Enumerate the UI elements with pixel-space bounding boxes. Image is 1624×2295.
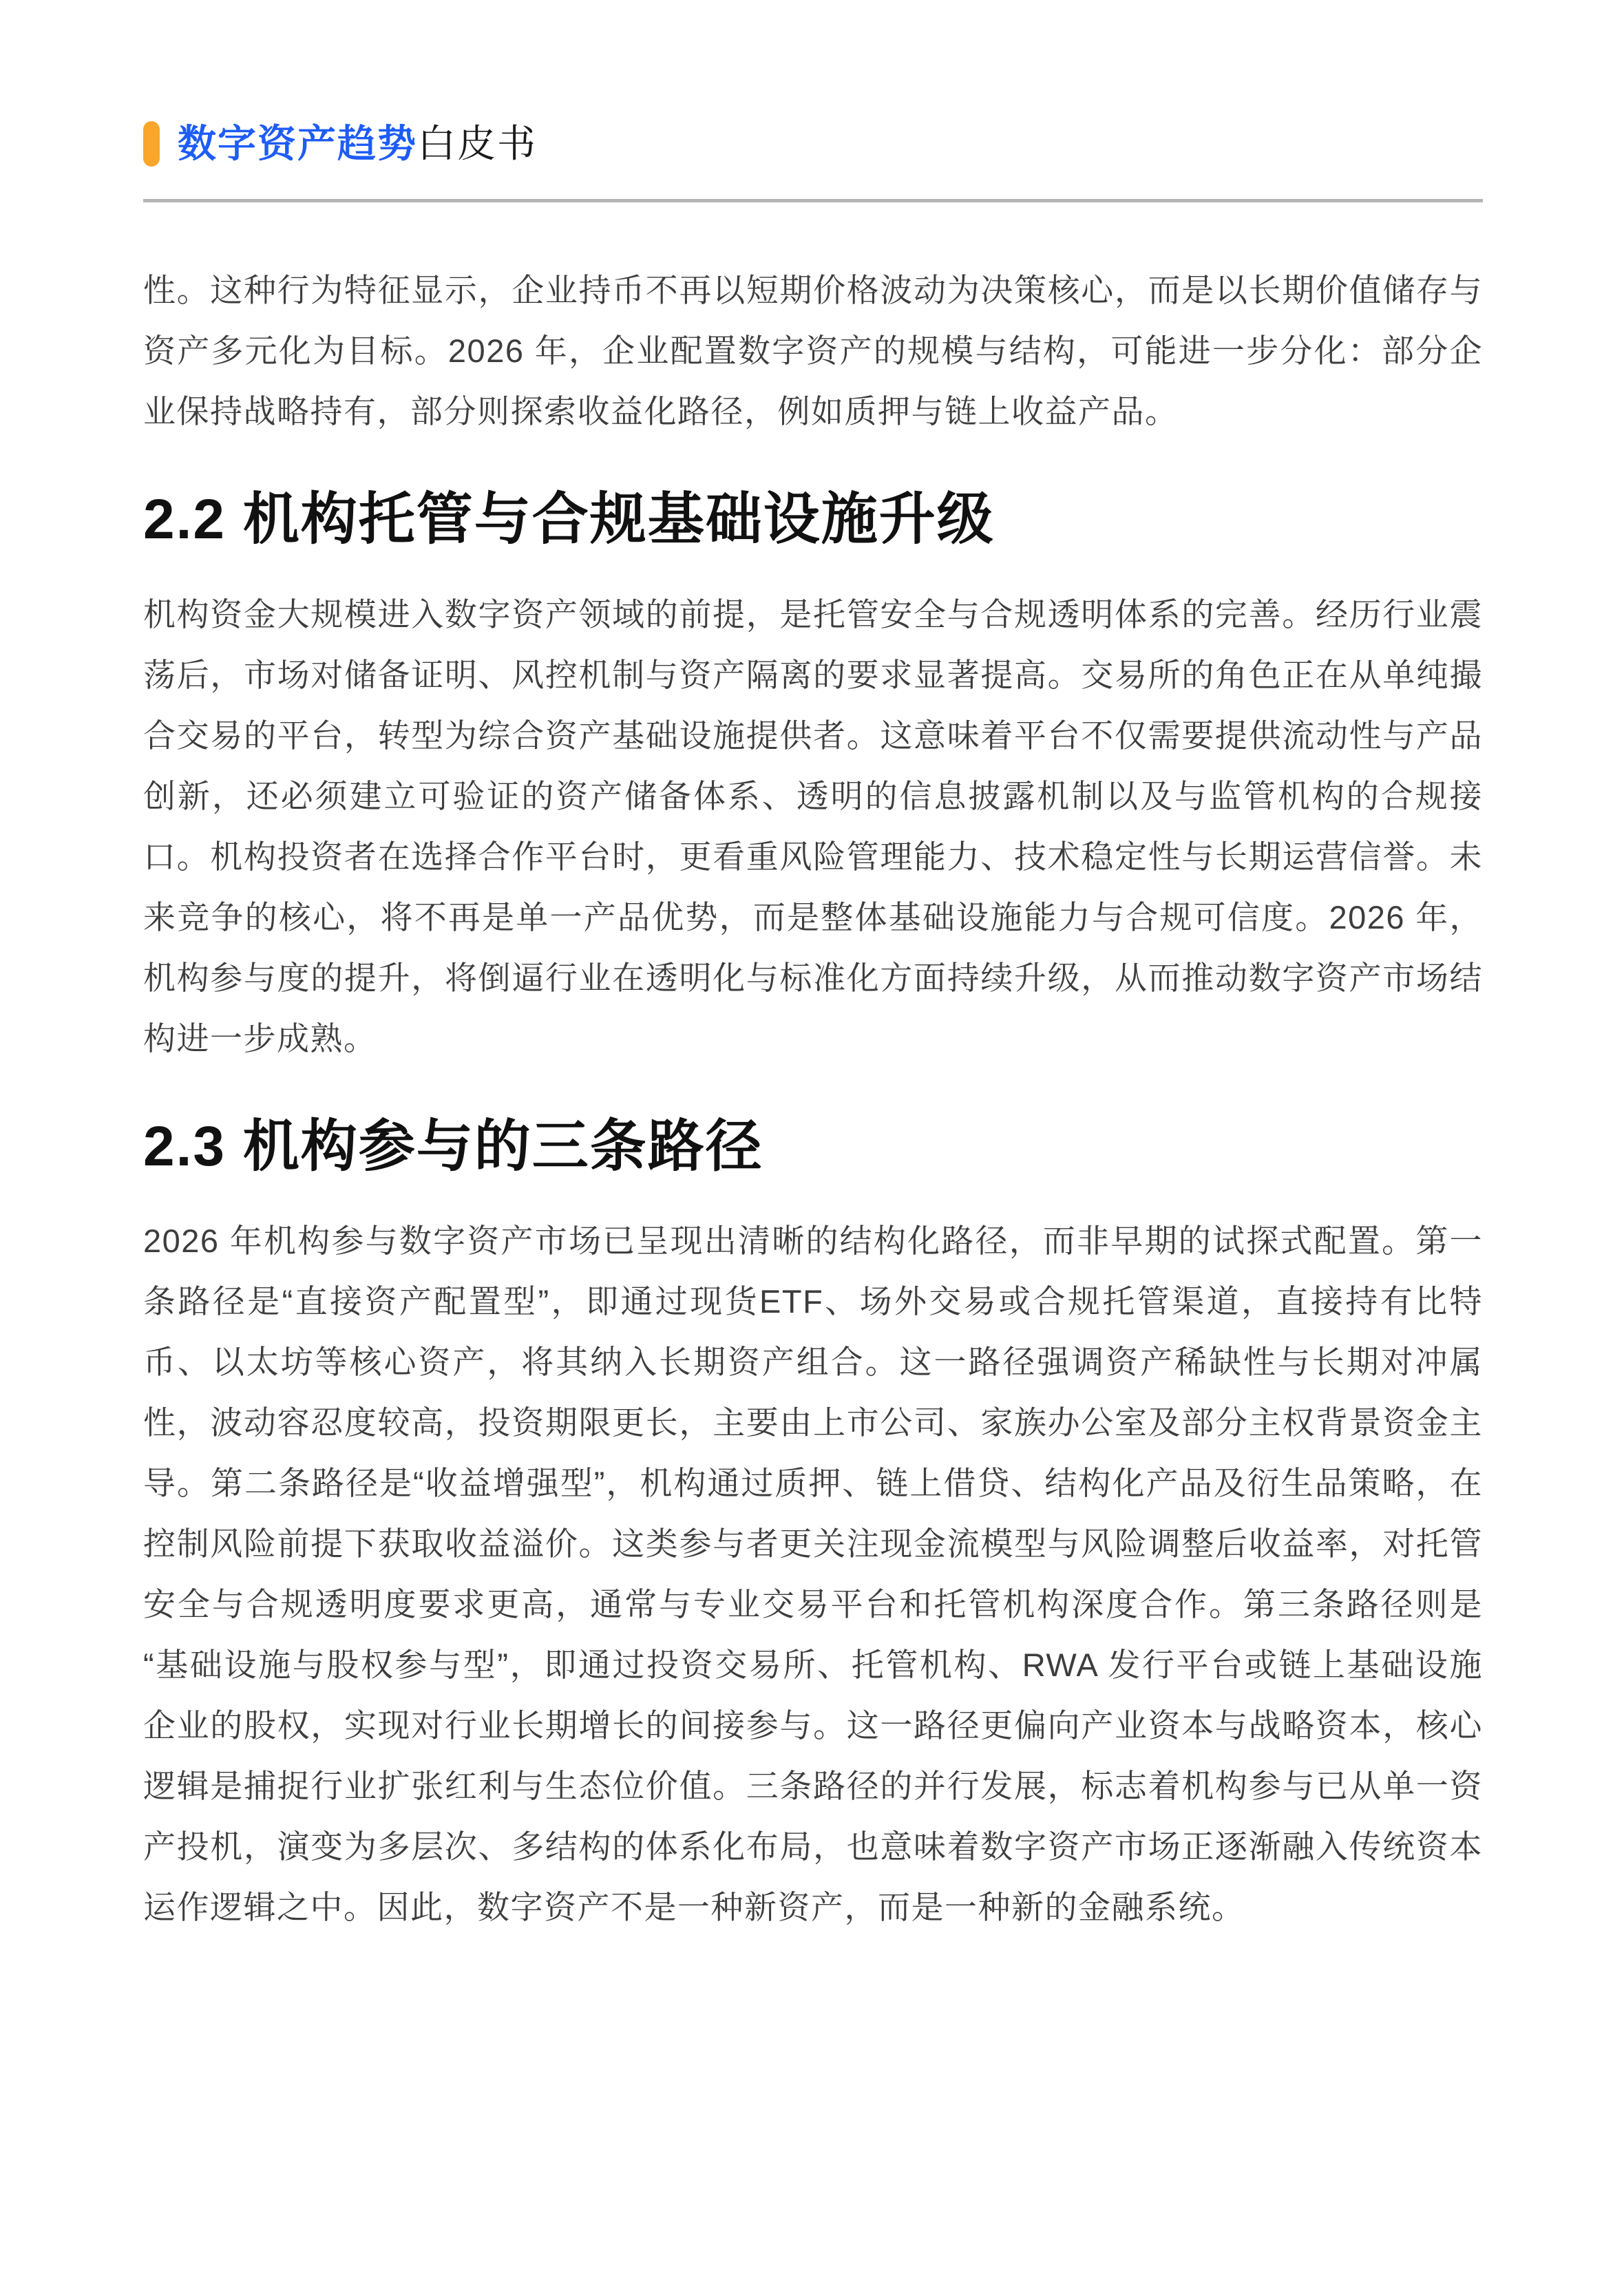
- document-header: 数字资产趋势白皮书: [143, 121, 1483, 167]
- section-body-2-3: 2026 年机构参与数字资产市场已呈现出清晰的结构化路径，而非早期的试探式配置。…: [143, 1211, 1483, 1938]
- page-title: 数字资产趋势白皮书: [178, 121, 537, 167]
- section-heading-2-3: 2.3 机构参与的三条路径: [143, 1112, 1483, 1183]
- page-content: 数字资产趋势白皮书 性。这种行为特征显示，企业持币不再以短期价格波动为决策核心，…: [143, 0, 1483, 1938]
- section-body-2-2: 机构资金大规模进入数字资产领域的前提，是托管安全与合规透明体系的完善。经历行业震…: [143, 584, 1483, 1069]
- header-divider: [143, 199, 1483, 202]
- page-title-suffix: 白皮书: [417, 122, 537, 165]
- whitepaper-page: { "header": { "title_highlight": "数字资产趋势…: [0, 0, 1624, 2295]
- accent-bar-icon: [143, 121, 160, 167]
- page-title-highlight: 数字资产趋势: [178, 122, 417, 165]
- section-heading-2-2: 2.2 机构托管与合规基础设施升级: [143, 485, 1483, 556]
- intro-paragraph: 性。这种行为特征显示，企业持币不再以短期价格波动为决策核心，而是以长期价值储存与…: [143, 260, 1483, 442]
